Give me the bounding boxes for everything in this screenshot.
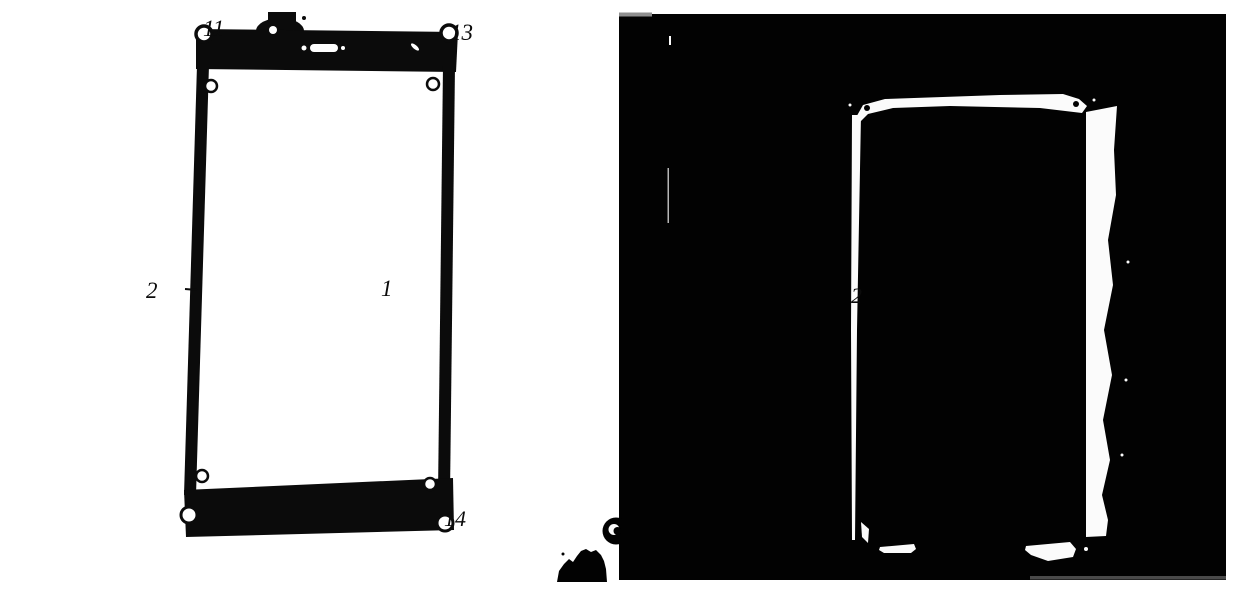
- scratch-short: [669, 36, 671, 45]
- ink-blot: [557, 549, 607, 582]
- ref-label-13: 13: [450, 20, 473, 45]
- slot-dot-right: [341, 46, 345, 50]
- photo-top-edge-gray: [619, 13, 652, 17]
- screw-hole-upper-inner-right: [427, 78, 439, 90]
- speck: [1125, 379, 1128, 382]
- label-2-leader-line: [185, 289, 197, 290]
- figure-photograph: 2: [550, 0, 1240, 597]
- slot-dot-left: [302, 46, 307, 51]
- document-page: 11 13 2 1 14 2: [0, 0, 1240, 597]
- ref-label-11: 11: [203, 16, 224, 41]
- speck: [1084, 547, 1088, 551]
- speck: [1127, 261, 1130, 264]
- corner-screw-dot-left: [864, 105, 870, 111]
- ref-label-1: 1: [381, 276, 393, 301]
- ink-speck: [562, 553, 565, 556]
- screw-hole-bottom-left: [181, 507, 197, 523]
- figure-line-drawing: 11 13 2 1 14: [0, 0, 550, 597]
- speck: [1093, 99, 1096, 102]
- edge-knob-center: [614, 527, 622, 535]
- scratch-long: [668, 168, 670, 223]
- speck: [1121, 454, 1124, 457]
- ref-label-2-photo: 2: [851, 283, 862, 308]
- photo-bottom-edge-gray: [1030, 576, 1226, 580]
- tab-speck: [302, 16, 306, 20]
- speck: [1097, 117, 1100, 120]
- screw-hole-lower-inner-right: [424, 478, 436, 490]
- ref-label-14: 14: [444, 506, 466, 531]
- frame-bottom-bar: [184, 478, 454, 537]
- screw-hole-upper-inner-left: [205, 80, 217, 92]
- screw-hole-lower-inner-left: [196, 470, 208, 482]
- frame-right-rail: [438, 65, 455, 495]
- ref-label-2: 2: [146, 278, 158, 303]
- corner-screw-dot-right: [1073, 101, 1079, 107]
- dome-hole: [269, 26, 277, 34]
- speck: [849, 104, 852, 107]
- top-bar-slot: [310, 44, 338, 52]
- frame-left-rail: [184, 65, 209, 495]
